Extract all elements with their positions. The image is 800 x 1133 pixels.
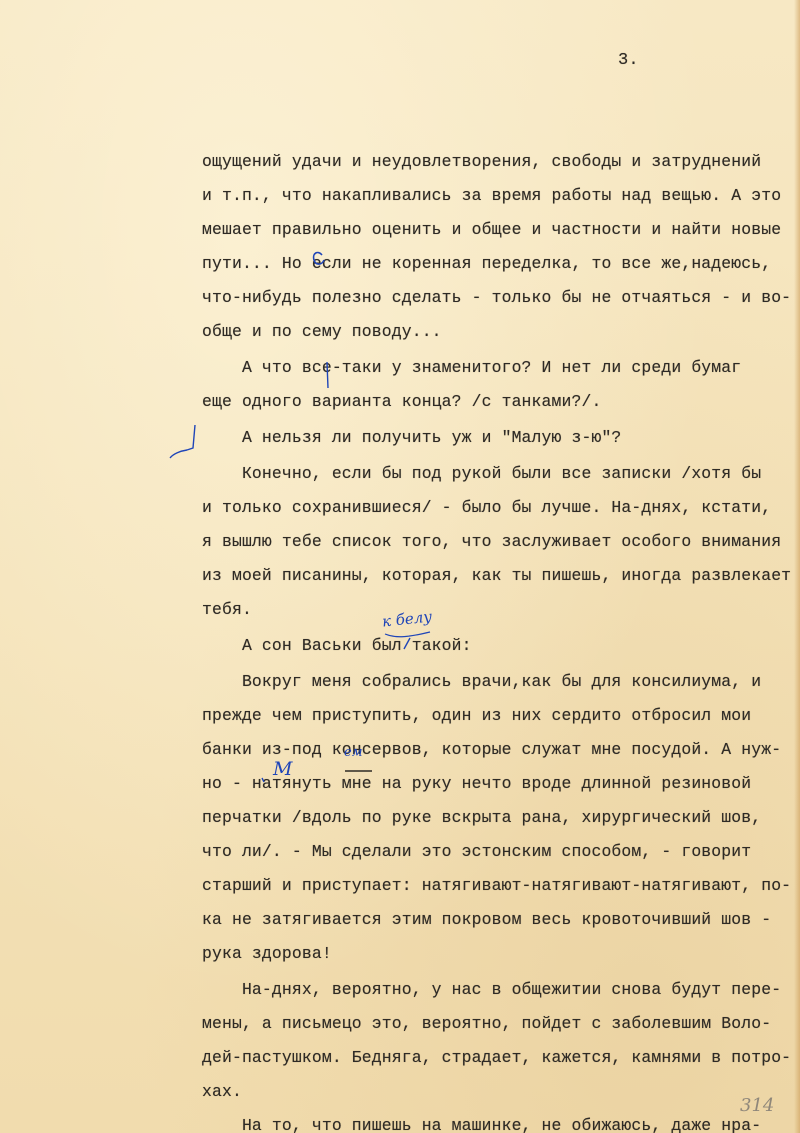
text-line: рука здорова! (202, 946, 332, 962)
text-line: Конечно, если бы под рукой были все запи… (202, 466, 761, 482)
text-line: ощущений удачи и неудовлетворения, свобо… (202, 154, 761, 170)
text-line: банки из-под консервов, которые служат м… (202, 742, 781, 758)
text-line: тебя. (202, 602, 252, 618)
text-line: прежде чем приступить, один из них серди… (202, 708, 751, 724)
text-line: обще и по сему поводу... (202, 324, 442, 340)
text-line: я вышлю тебе список того, что заслуживае… (202, 534, 781, 550)
handwritten-insertion: ем (344, 746, 362, 759)
text-line: ка не затягивается этим покровом весь кр… (202, 912, 771, 928)
text-line: На то, что пишешь на машинке, не обижаюс… (202, 1118, 761, 1133)
text-line: мешает правильно оценить и общее и частн… (202, 222, 781, 238)
text-line: Вокруг меня собрались врачи,как бы для к… (202, 674, 761, 690)
text-line: А нельзя ли получить уж и "Малую з-ю"? (202, 430, 621, 446)
text-line: и только сохранившиеся/ - было бы лучше.… (202, 500, 771, 516)
typewritten-letter-page: 3. ощущений удачи и неудовлетворения, св… (0, 0, 800, 1133)
text-line: что-нибудь полезно сделать - только бы н… (202, 290, 791, 306)
archive-folio-number: 314 (740, 1097, 774, 1115)
text-line: еще одного варианта конца? /с танками?/. (202, 394, 601, 410)
text-line: На-днях, вероятно, у нас в общежитии сно… (202, 982, 781, 998)
text-line: мены, а письмецо это, вероятно, пойдет с… (202, 1016, 771, 1032)
text-line: дей-пастушком. Бедняга, страдает, кажетс… (202, 1050, 791, 1066)
text-line: из моей писанины, которая, как ты пишешь… (202, 568, 791, 584)
text-line: пути... Но если не коренная переделка, т… (202, 256, 771, 272)
text-line: А сон Васьки был такой: (202, 638, 472, 654)
page-number: 3. (618, 52, 639, 69)
text-line: что ли/. - Мы сделали это эстонским спос… (202, 844, 751, 860)
handwritten-correction: М (273, 760, 292, 779)
text-line: и т.п., что накапливались за время работ… (202, 188, 781, 204)
paper-edge-shadow (794, 0, 800, 1133)
handwritten-insertion: к белу (381, 609, 432, 629)
text-line: А что все-таки у знаменитого? И нет ли с… (202, 360, 741, 376)
text-line: хах. (202, 1084, 242, 1100)
text-line: перчатки /вдоль по руке вскрыта рана, хи… (202, 810, 761, 826)
text-line: старший и приступает: натягивают-натягив… (202, 878, 791, 894)
margin-insertion-mark (170, 425, 195, 458)
